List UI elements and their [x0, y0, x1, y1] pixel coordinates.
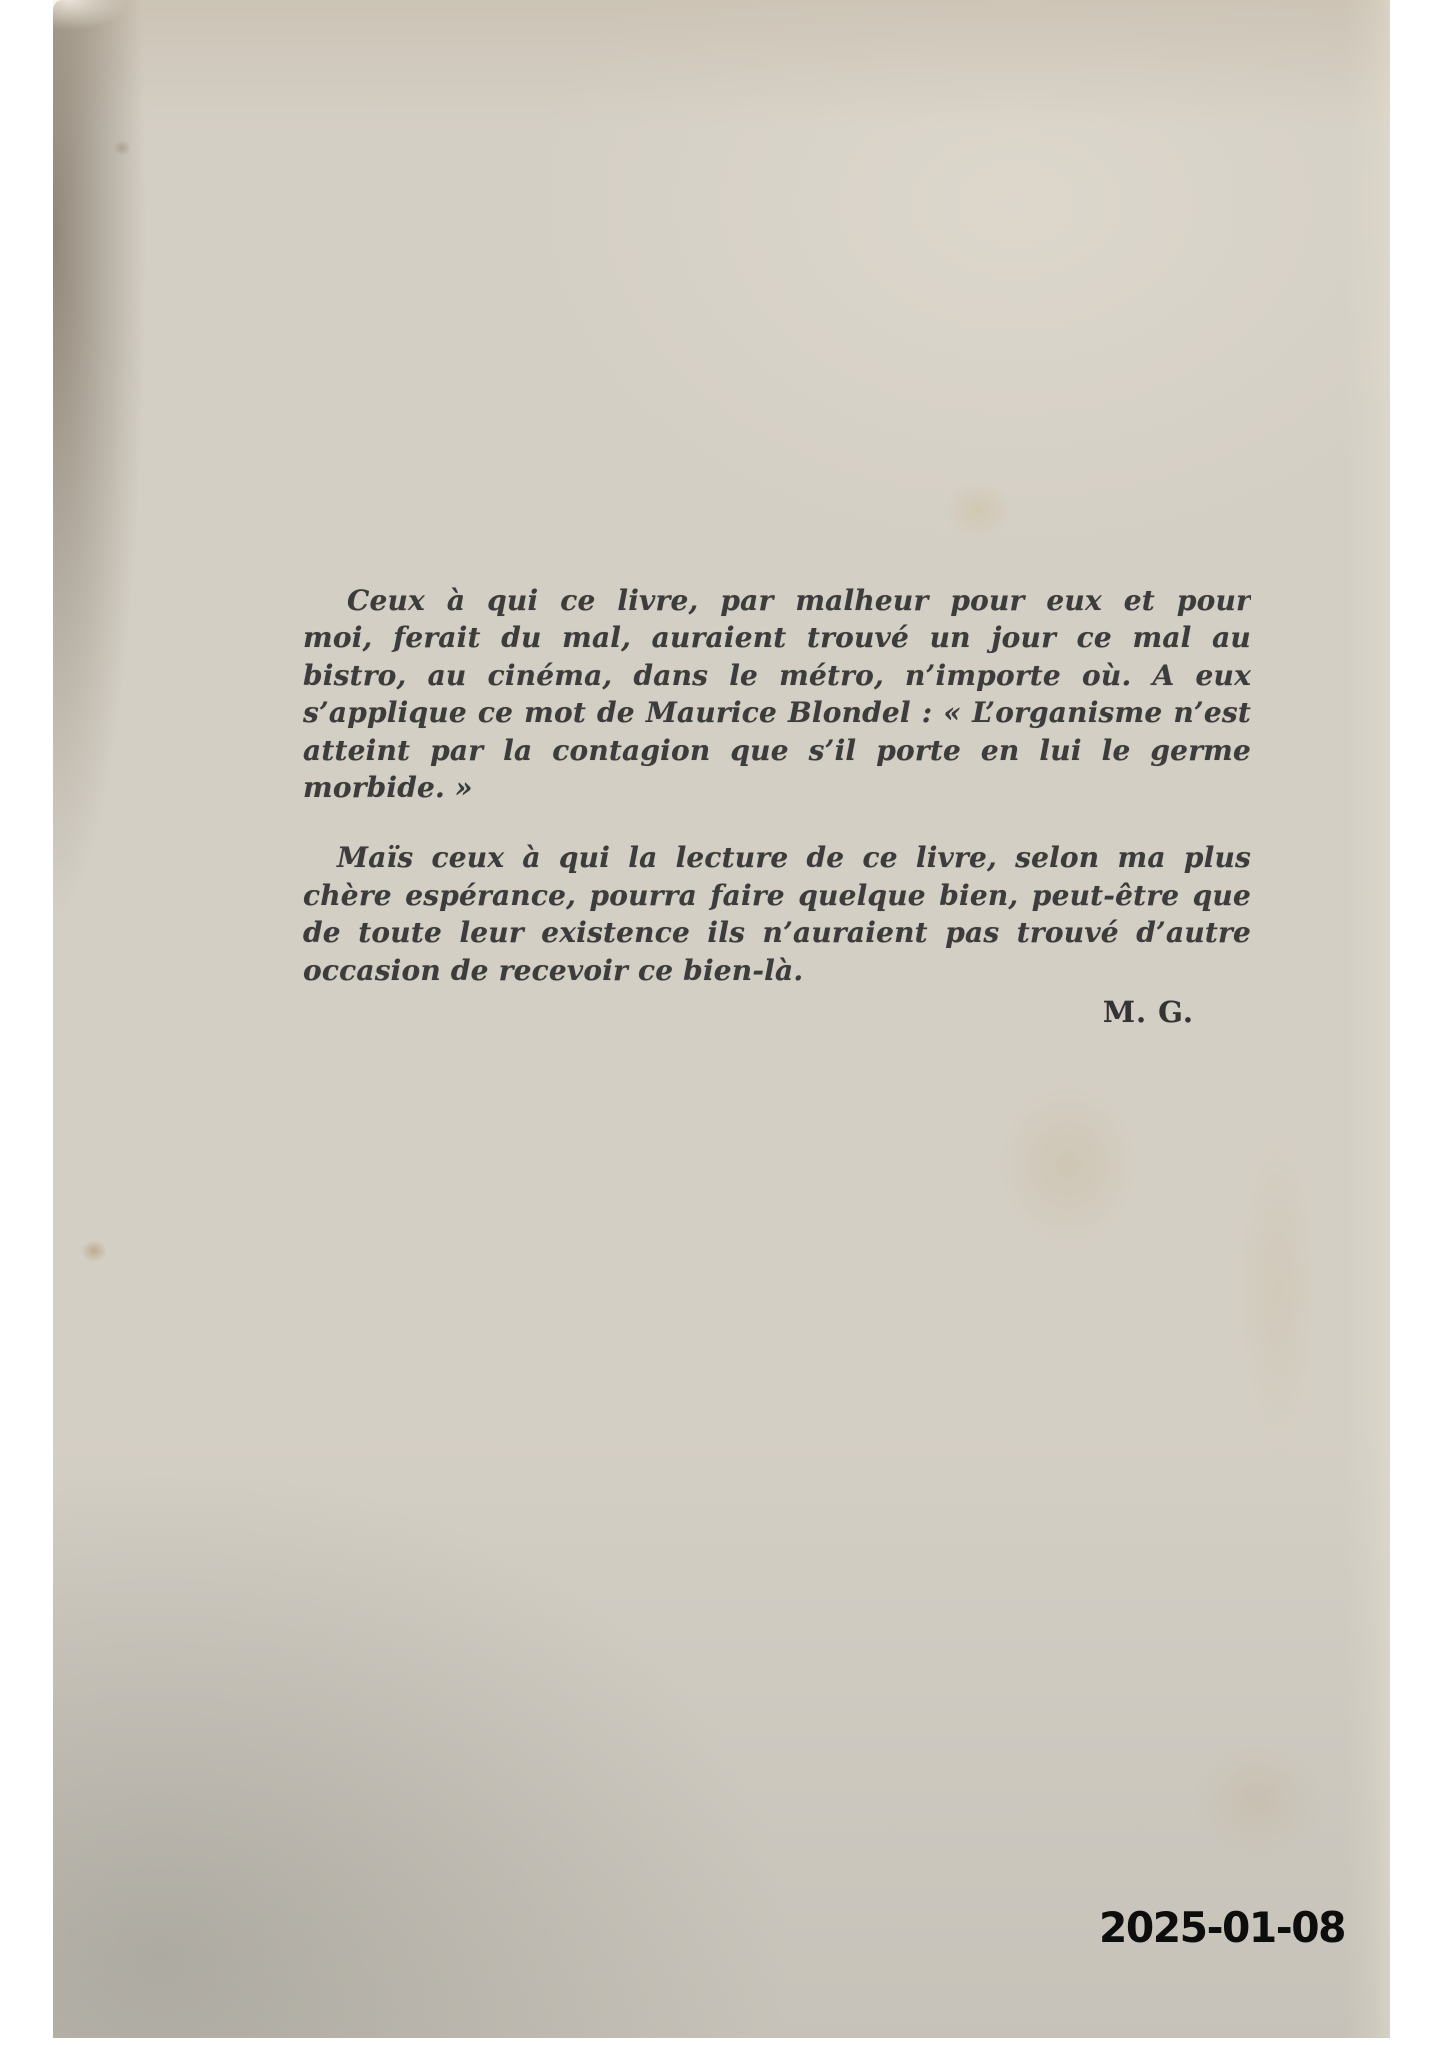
epigraph-text-block: Ceux à qui ce livre, par malheur pour eu… — [303, 582, 1251, 1029]
epigraph-line: de toute leur existence ils n’auraient p… — [303, 914, 1251, 951]
paper-stain — [113, 140, 131, 156]
epigraph-line: Ceux à qui ce livre, par malheur pour eu… — [303, 582, 1251, 619]
epigraph-line: occasion de recevoir ce bien-là. — [303, 952, 1251, 989]
page-fore-edge — [1345, 0, 1390, 2038]
paper-stain — [943, 480, 1013, 540]
epigraph-line: moi, ferait du mal, auraient trouvé un j… — [303, 619, 1251, 656]
epigraph-line: s’applique ce mot de Maurice Blondel : «… — [303, 694, 1251, 731]
epigraph-line: bistro, au cinéma, dans le métro, n’impo… — [303, 657, 1251, 694]
paper-stain — [81, 1240, 107, 1262]
epigraph-line: Maïs ceux à qui la lecture de ce livre, … — [303, 839, 1251, 876]
page-corner-curl — [53, 0, 143, 46]
book-page-photo: Ceux à qui ce livre, par malheur pour eu… — [53, 0, 1390, 2038]
epigraph-paragraph-2: Maïs ceux à qui la lecture de ce livre, … — [303, 839, 1251, 989]
author-initials: M. G. — [303, 995, 1251, 1029]
epigraph-line: atteint par la contagion que s’il porte … — [303, 732, 1251, 769]
epigraph-line: morbide. » — [303, 769, 1251, 806]
paper-stain — [1193, 1740, 1323, 1860]
date-stamp: 2025-01-08 — [1099, 1903, 1345, 1952]
screenshot: { "page": { "epigraph": { "para1": [ "Ce… — [0, 0, 1445, 2045]
epigraph-paragraph-1: Ceux à qui ce livre, par malheur pour eu… — [303, 582, 1251, 806]
paper-stain — [993, 1080, 1143, 1250]
epigraph-line: chère espérance, pourra faire quelque bi… — [303, 877, 1251, 914]
paper-stain — [1233, 1120, 1323, 1460]
left-gutter-shadow — [53, 0, 183, 1300]
